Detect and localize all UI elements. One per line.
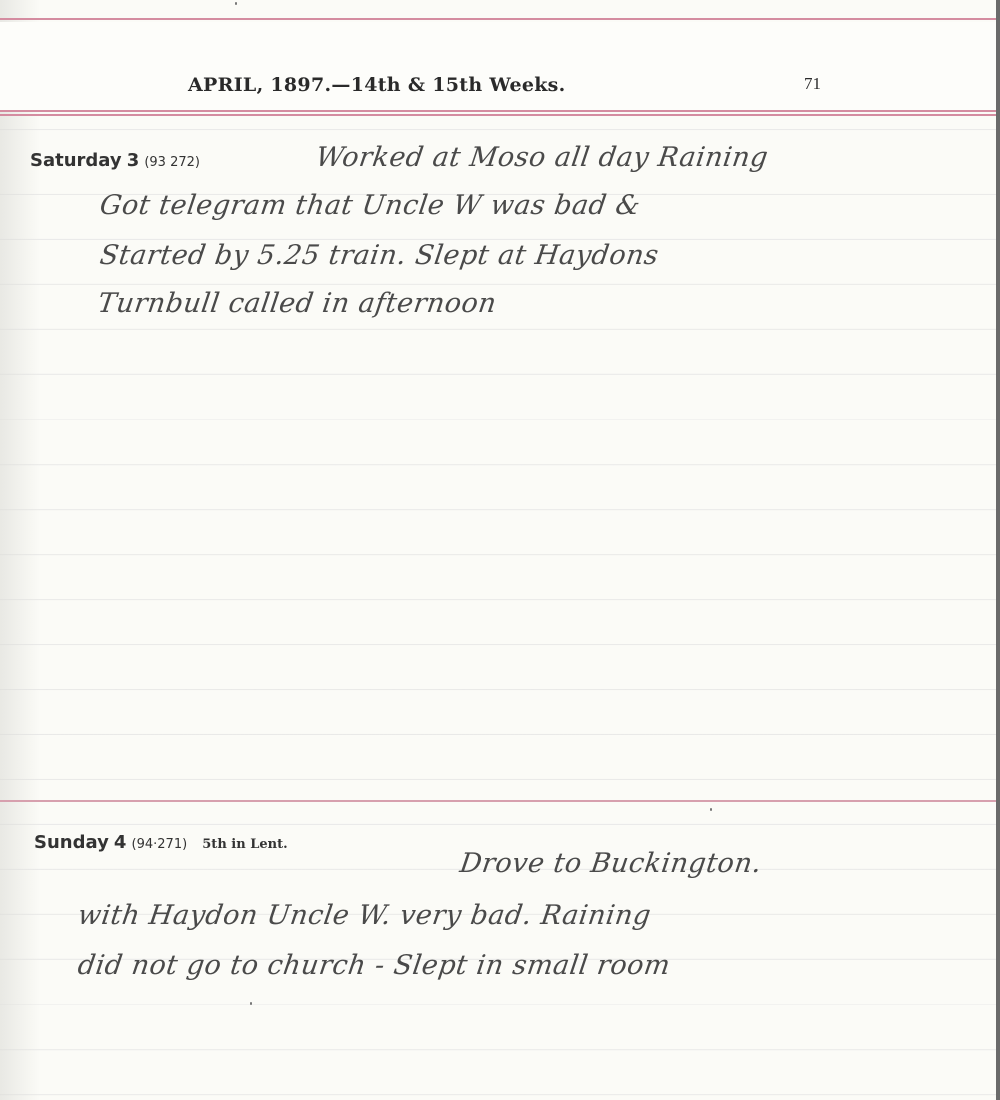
handwriting-line: did not go to church - Slept in small ro… — [76, 950, 673, 982]
day-name: Sunday — [34, 832, 109, 853]
handwriting-line: Worked at Moso all day Raining — [314, 142, 770, 174]
day-divider-rule — [0, 800, 996, 802]
handwriting-line: Turnbull called in afternoon — [96, 288, 499, 320]
day-name: Saturday — [30, 150, 122, 171]
day-count: (93 272) — [144, 155, 200, 170]
header-bottom-rule — [0, 110, 996, 116]
entry-sunday-label: Sunday 4 (94·271) 5th in Lent. — [34, 832, 288, 853]
liturgical-note: 5th in Lent. — [202, 837, 287, 852]
paper-speck — [710, 808, 712, 811]
handwriting-line: with Haydon Uncle W. very bad. Raining — [76, 900, 653, 932]
handwriting-line: Got telegram that Uncle W was bad & — [98, 190, 643, 222]
paper-speck — [250, 1002, 252, 1005]
handwriting-line: Drove to Buckington. — [458, 848, 764, 880]
handwriting-line: Started by 5.25 train. Slept at Haydons — [98, 240, 661, 272]
page-number: 71 — [804, 74, 821, 94]
page-edge — [996, 0, 1000, 1100]
entry-saturday-label: Saturday 3 (93 272) — [30, 150, 200, 171]
day-number: 3 — [127, 150, 140, 171]
page-header: APRIL, 1897.—14th & 15th Weeks. 71 — [0, 22, 996, 112]
day-number: 4 — [114, 832, 127, 853]
paper-speck — [235, 2, 237, 5]
day-count: (94·271) — [132, 837, 188, 852]
page-title: APRIL, 1897.—14th & 15th Weeks. — [188, 74, 566, 96]
